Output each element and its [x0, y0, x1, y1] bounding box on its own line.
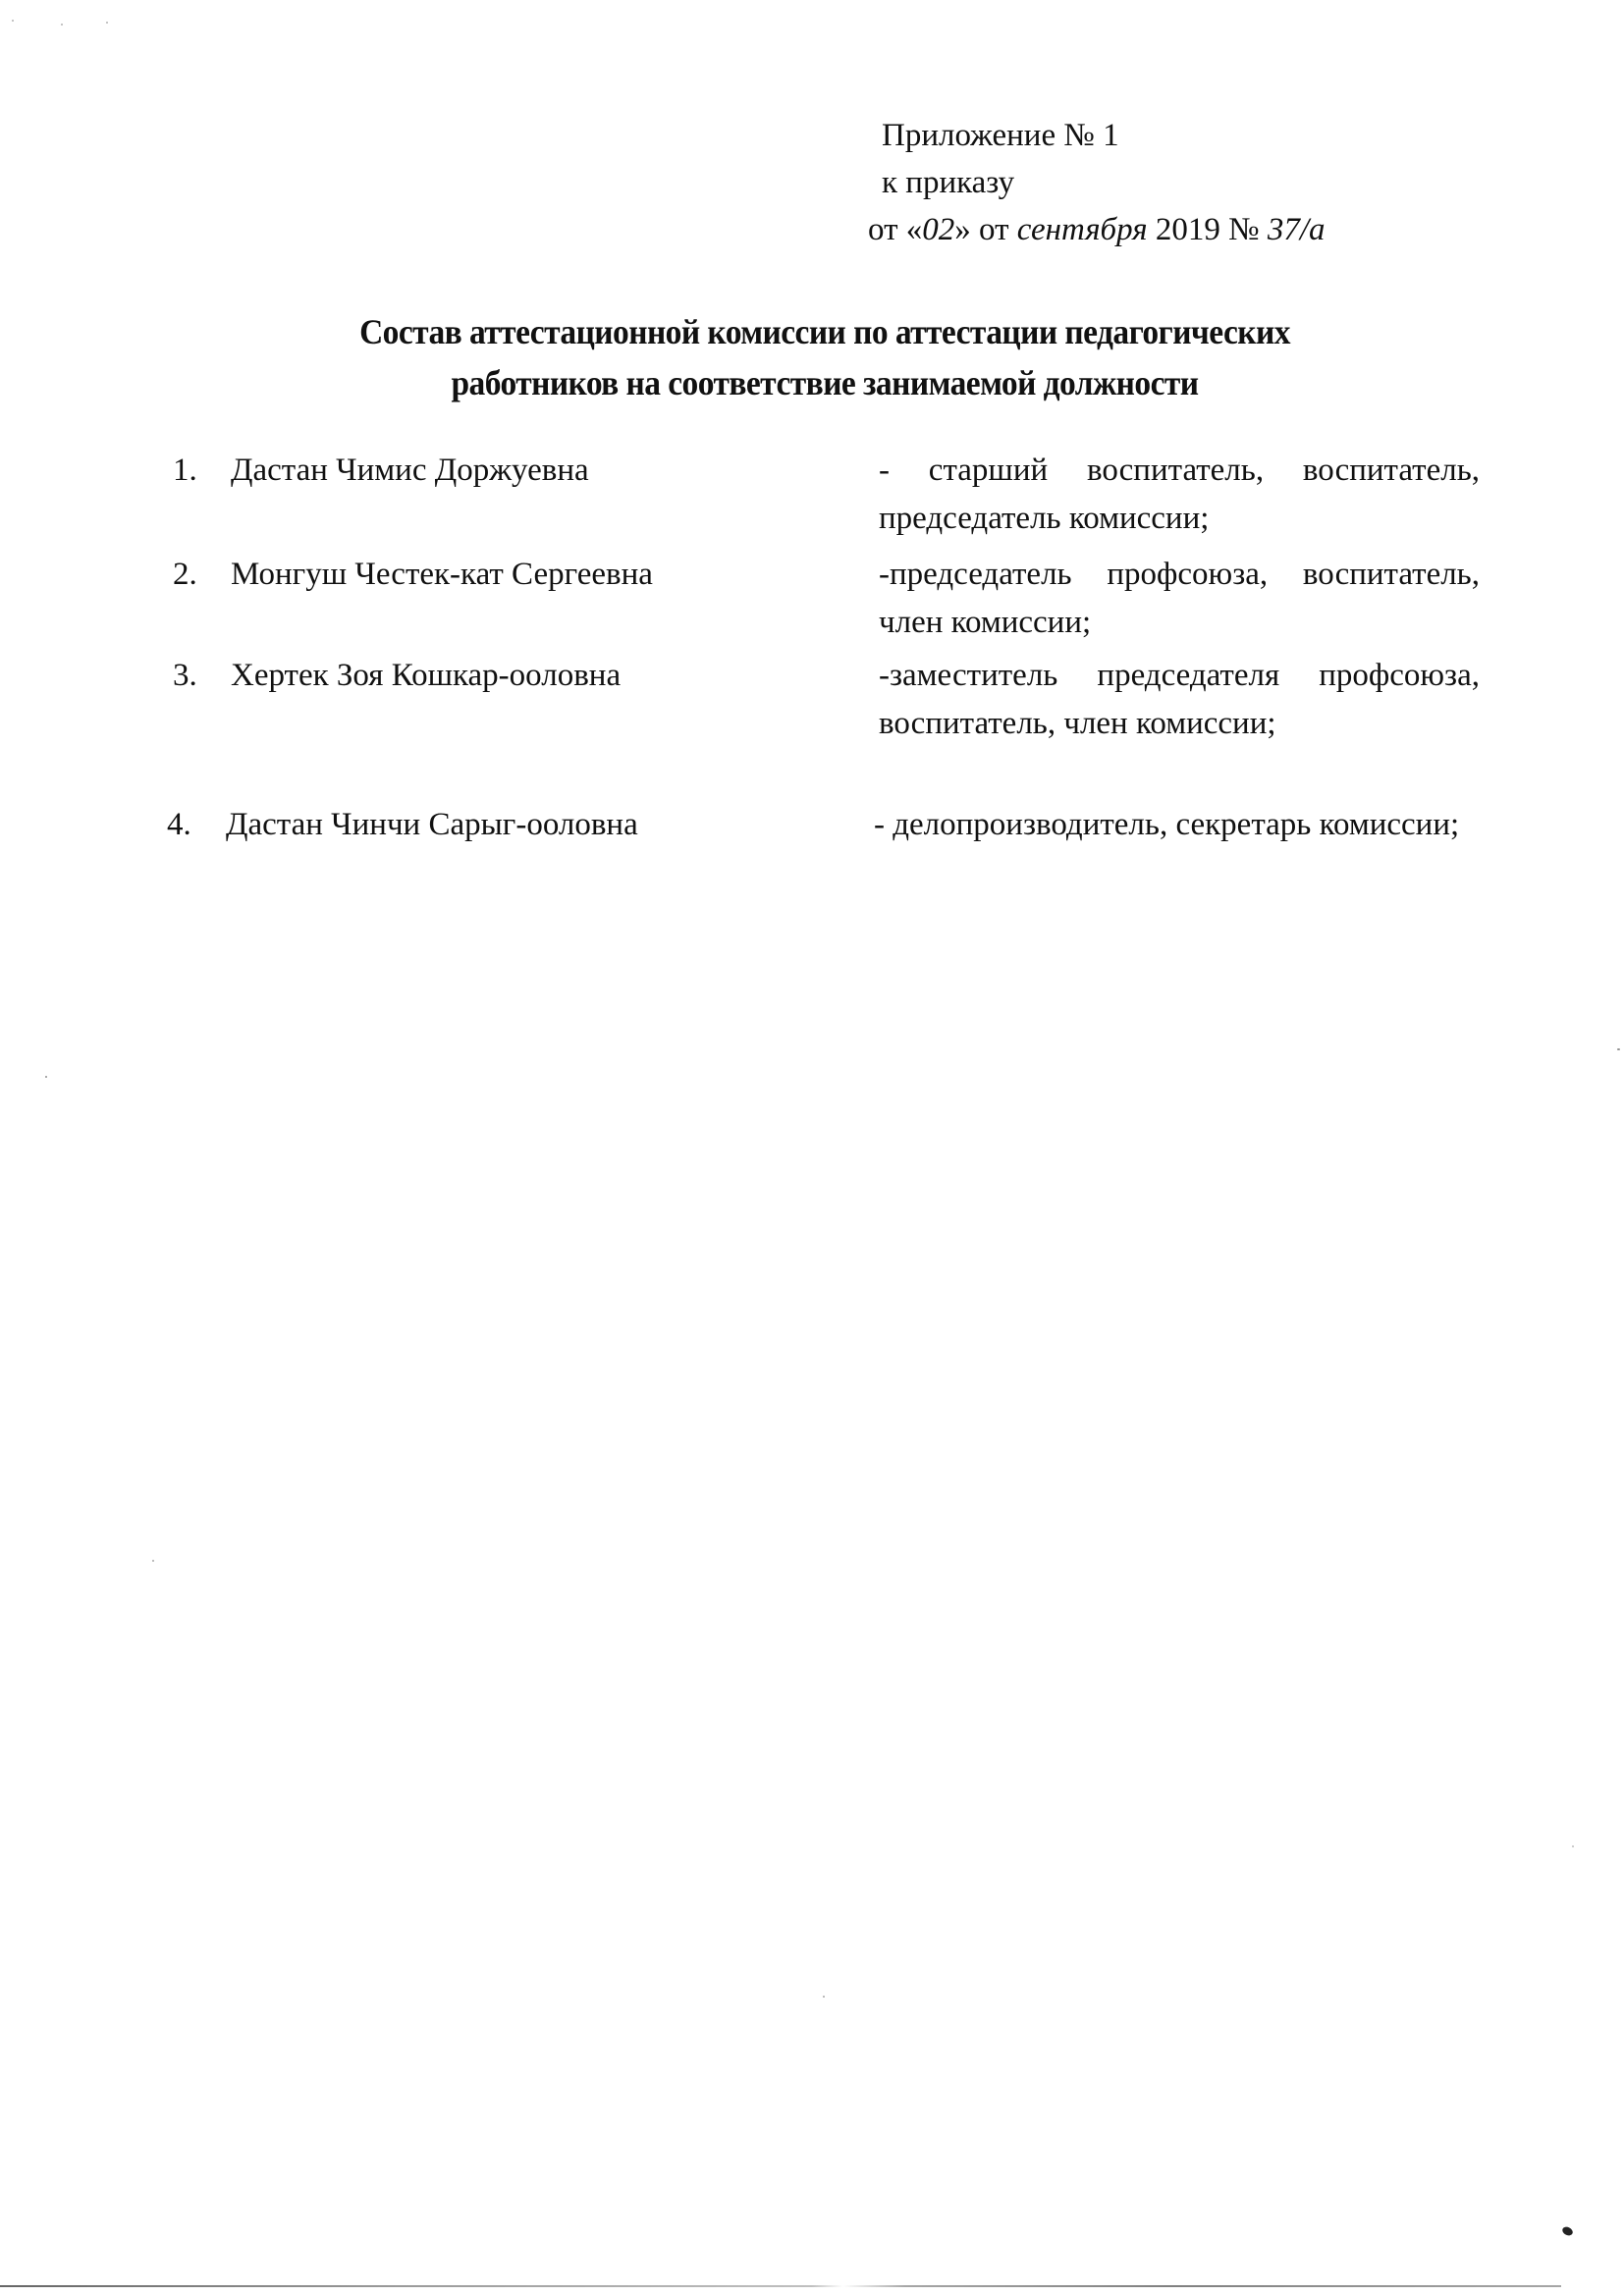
member-role: -заместитель председателя профсоюза, вос… — [879, 652, 1480, 748]
scan-speck — [1617, 1048, 1620, 1050]
member-role: - старший воспитатель, воспитатель, пред… — [879, 447, 1480, 543]
order-date-number: от «02» от сентября 2019 № 37/а — [868, 206, 1325, 253]
scan-speck — [45, 1076, 47, 1078]
member-name: Дастан Чинчи Сарыг-ооловна — [226, 801, 638, 849]
item-number: 1. — [173, 447, 197, 495]
scan-speck — [12, 20, 14, 22]
title-line-1: Состав аттестационной комиссии по аттест… — [241, 306, 1409, 357]
scan-speck — [823, 1996, 825, 1998]
appendix-reference: Приложение № 1 к приказу от «02» от сент… — [882, 112, 1325, 253]
item-number: 2. — [173, 551, 197, 599]
scan-speck — [106, 22, 108, 24]
appendix-to-order: к приказу — [882, 159, 1325, 206]
scan-edge-line — [0, 2285, 1561, 2287]
order-month: сентября — [1017, 212, 1148, 247]
member-role: -председатель профсоюза, воспитатель, чл… — [879, 551, 1480, 647]
member-name: Монгуш Честек-кат Сергеевна — [231, 551, 653, 599]
member-role: - делопроизводитель, секретарь комиссии; — [874, 801, 1480, 849]
scan-speck — [1561, 2225, 1574, 2237]
order-number: 37/а — [1268, 212, 1326, 247]
document-page: Приложение № 1 к приказу от «02» от сент… — [0, 0, 1624, 2296]
document-title: Состав аттестационной комиссии по аттест… — [241, 306, 1409, 408]
item-number: 4. — [167, 801, 191, 849]
scan-speck — [152, 1560, 154, 1562]
member-name: Хертек Зоя Кошкар-ооловна — [231, 652, 621, 700]
title-line-2: работников на соответствие занимаемой до… — [241, 357, 1409, 408]
member-name: Дастан Чимис Доржуевна — [231, 447, 589, 495]
appendix-number: Приложение № 1 — [882, 112, 1325, 159]
scan-speck — [1572, 1845, 1574, 1847]
scan-speck — [61, 24, 63, 26]
order-day: 02 — [922, 212, 954, 247]
item-number: 3. — [173, 652, 197, 700]
